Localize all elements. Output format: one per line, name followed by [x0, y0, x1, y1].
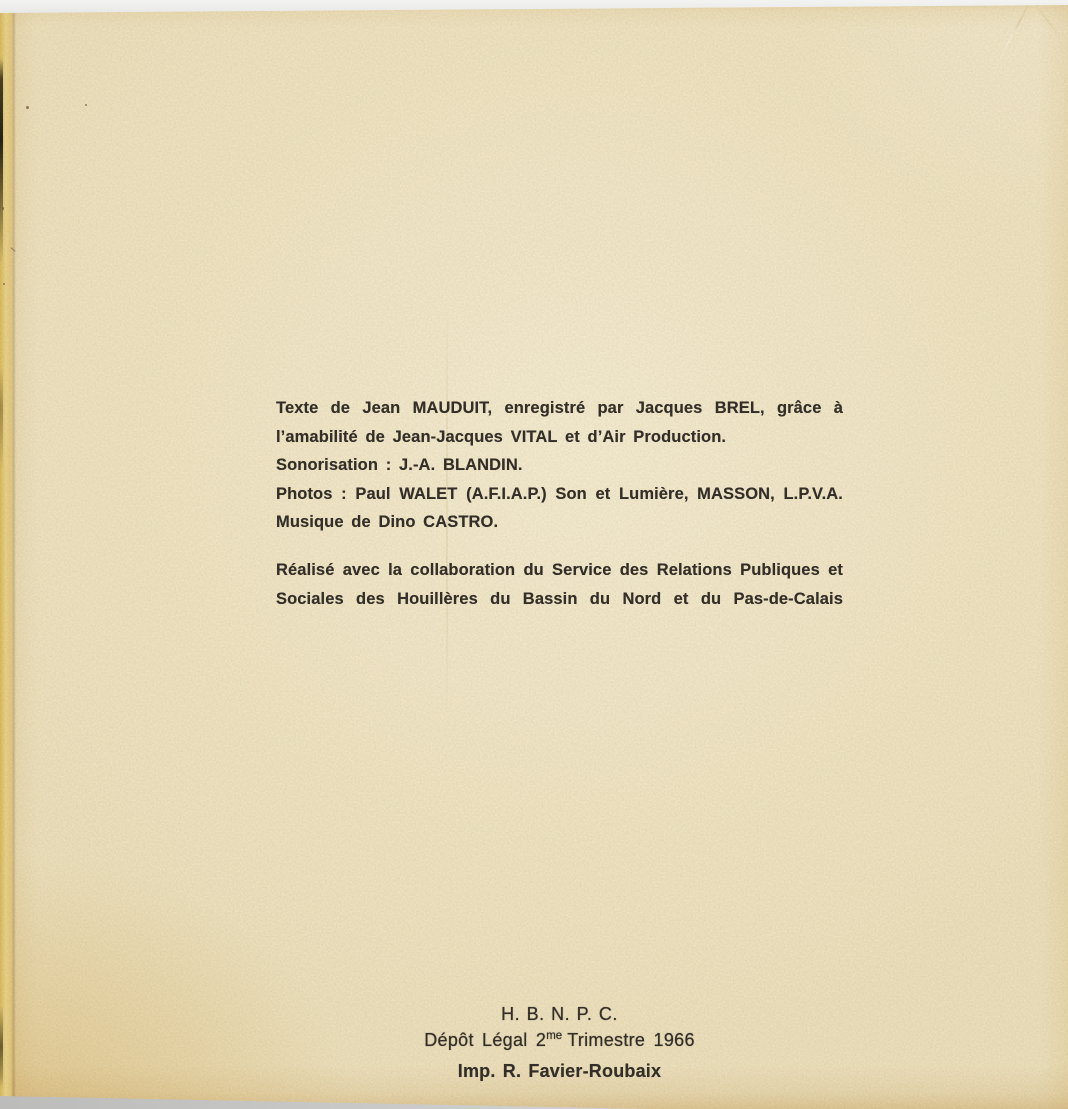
legal-deposit-prefix: Dépôt Légal 2 [424, 1030, 546, 1050]
printer-line: Imp. R. Favier-Roubaix [276, 1056, 843, 1086]
credits-block: Texte de Jean MAUDUIT, enregistré par Ja… [276, 394, 843, 537]
legal-deposit-suffix: Trimestre 1966 [567, 1030, 695, 1050]
credits-line: Sonorisation : J.-A. BLANDIN. [276, 451, 843, 480]
page-gutter-crease [11, 6, 16, 1106]
paper-speck [26, 106, 29, 109]
scanned-booklet-photo: Texte de Jean MAUDUIT, enregistré par Ja… [0, 0, 1068, 1109]
corner-crease [996, 0, 1033, 64]
corner-crease [1030, 0, 1064, 41]
paper-speck [2, 207, 4, 210]
imprint-block: H. B. N. P. C. Dépôt Légal 2meTrimestre … [276, 999, 843, 1086]
paper-speck [3, 283, 5, 285]
credits-line: l’amabilité de Jean-Jacques VITAL et d’A… [276, 423, 843, 452]
collaboration-line: Sociales des Houillères du Bassin du Nor… [276, 585, 843, 614]
credits-line: Musique de Dino CASTRO. [276, 508, 843, 537]
collaboration-block: Réalisé avec la collaboration du Service… [276, 556, 843, 613]
legal-deposit-superscript: me [546, 1030, 562, 1042]
credits-line: Texte de Jean MAUDUIT, enregistré par Ja… [276, 394, 843, 423]
credits-line: Photos : Paul WALET (A.F.I.A.P.) Son et … [276, 480, 843, 509]
paper-speck [85, 104, 87, 106]
legal-deposit-line: Dépôt Légal 2meTrimestre 1966 [276, 1027, 843, 1053]
paper-grain-texture [0, 0, 1068, 1109]
collaboration-line: Réalisé avec la collaboration du Service… [276, 556, 843, 585]
binding-edge-shadow [0, 58, 3, 1088]
organization-initials: H. B. N. P. C. [276, 1001, 843, 1027]
colophon-page: Texte de Jean MAUDUIT, enregistré par Ja… [0, 0, 1068, 1109]
